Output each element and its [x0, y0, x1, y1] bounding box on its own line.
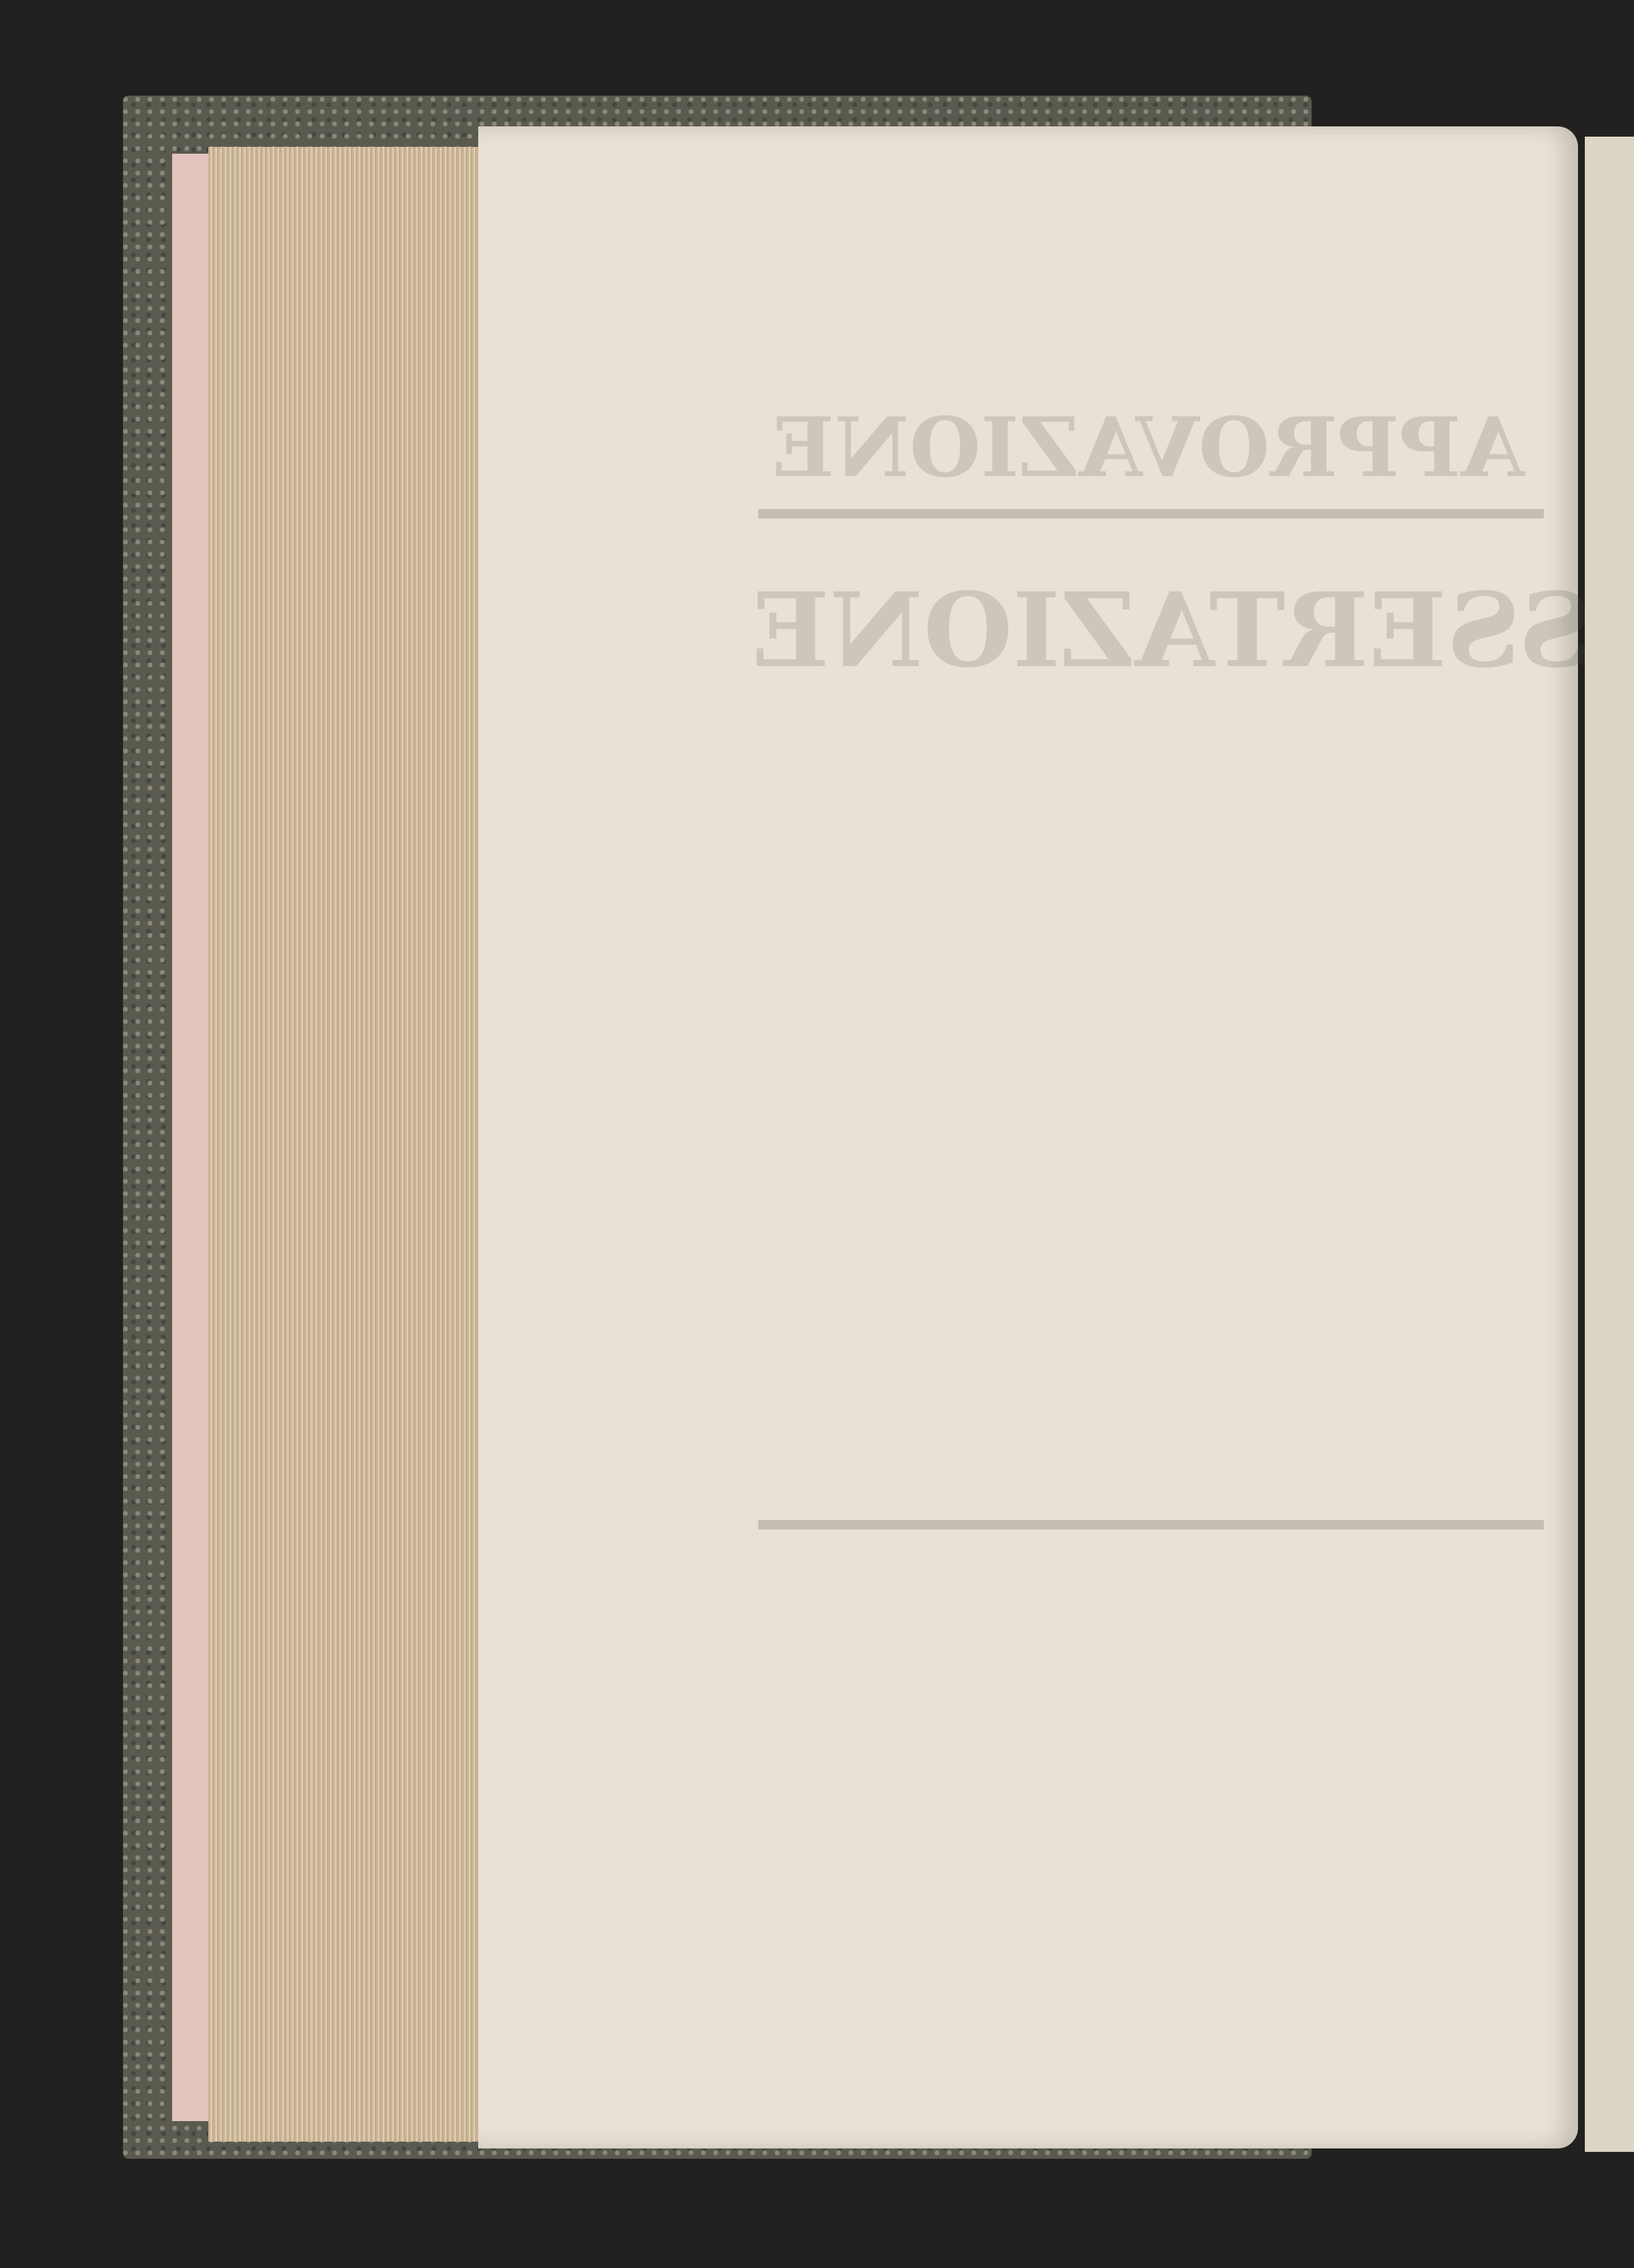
bleed-rule-2 [758, 1520, 1544, 1530]
bleed-rule [758, 509, 1544, 518]
page-edges [208, 147, 495, 2142]
blank-page: APPROVAZIONE DISSERTAZIONE [478, 126, 1578, 2148]
bleed-through-title: DISSERTAZIONE [751, 570, 1634, 691]
bleed-through-heading: APPROVAZIONE [772, 400, 1525, 496]
facing-page [1585, 137, 1634, 2152]
